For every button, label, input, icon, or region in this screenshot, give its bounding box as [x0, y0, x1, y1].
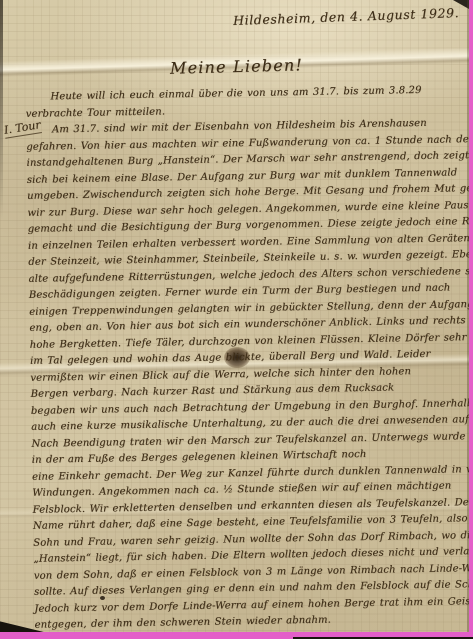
- scan-edge-left: [0, 0, 3, 220]
- letter-body: Heute will ich euch einmal über die von …: [25, 82, 472, 634]
- scan-edge-right: [469, 0, 473, 639]
- scanned-letter-page: Hildesheim, den 4. August 1929. Meine Li…: [0, 0, 473, 639]
- tour-report-paragraph: Am 31.7. sind wir mit der Eisenbahn von …: [26, 115, 473, 634]
